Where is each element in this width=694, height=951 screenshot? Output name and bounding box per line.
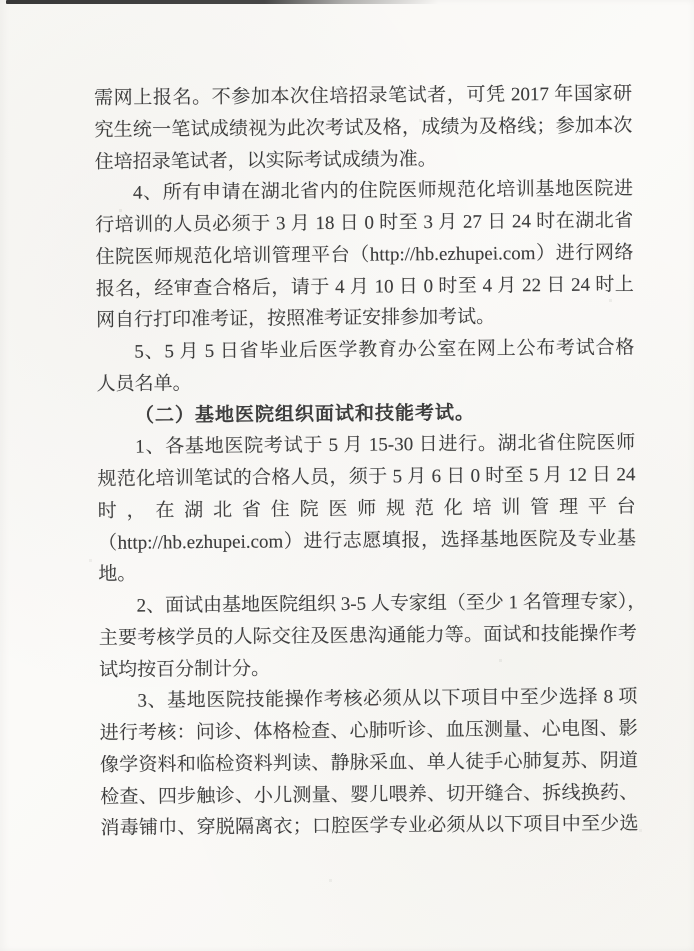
text-line-item-1: 1、各基地医院考试于 5 月 15-30 日进行。湖北省住院医师 — [97, 428, 635, 464]
text-line: 规范化培训笔试的合格人员，须于 5 月 6 日 0 时至 5 月 12 日 24 — [97, 459, 635, 495]
text-line-url: 住院医师规范化培训管理平台（http://hb.ezhupei.com）进行网络 — [95, 237, 633, 273]
scan-noise — [0, 0, 1, 1]
text-line: 消毒铺巾、穿脱隔离衣；口腔医学专业必须从以下项目中至少选 — [100, 809, 638, 845]
text-line: 进行考核：问诊、体格检查、心肺听诊、血压测量、心电图、影 — [100, 713, 638, 749]
text-line: 地。 — [98, 555, 636, 591]
text-line: 时，在湖北省住院医师规范化培训管理平台 — [98, 491, 636, 527]
text-line: 住培招录笔试者，以实际考试成绩为准。 — [95, 142, 633, 178]
text-line: 检查、四步触诊、小儿测量、婴儿喂养、切开缝合、拆线换药、 — [100, 777, 638, 813]
text-line: 究生统一笔试成绩视为此次考试及格，成绩为及格线；参加本次 — [94, 110, 632, 146]
text-line: 试均按百分制计分。 — [99, 650, 637, 686]
scanned-document-page: 需网上报名。不参加本次住培招录笔试者，可凭 2017 年国家研 究生统一笔试成绩… — [0, 0, 694, 951]
text-line: 报名，经审查合格后，请于 4 月 10 日 0 时至 4 月 22 日 24 时… — [96, 269, 634, 305]
text-line: 像学资料和临检资料判读、静脉采血、单人徒手心肺复苏、阴道 — [100, 745, 638, 781]
scanner-edge-artifact — [6, 0, 476, 4]
text-line: 人员名单。 — [96, 364, 634, 400]
text-line: 网自行打印准考证，按照准考证安排参加考试。 — [96, 301, 634, 337]
section-heading: （二）基地医院组织面试和技能考试。 — [97, 396, 635, 432]
text-line-item-3: 3、基地医院技能操作考核必须从以下项目中至少选择 8 项 — [99, 682, 637, 718]
text-line-item-5: 5、5 月 5 日省毕业后医学教育办公室在网上公布考试合格 — [96, 332, 634, 368]
text-line-item-4: 4、所有申请在湖北省内的住院医师规范化培训基地医院进 — [95, 174, 633, 210]
text-line-url: （http://hb.ezhupei.com）进行志愿填报，选择基地医院及专业基 — [98, 523, 636, 559]
text-line: 需网上报名。不参加本次住培招录笔试者，可凭 2017 年国家研 — [94, 78, 632, 114]
text-line-item-2: 2、面试由基地医院组织 3-5 人专家组（至少 1 名管理专家）， — [98, 586, 636, 622]
text-line: 主要考核学员的人际交往及医患沟通能力等。面试和技能操作考 — [99, 618, 637, 654]
document-body: 需网上报名。不参加本次住培招录笔试者，可凭 2017 年国家研 究生统一笔试成绩… — [94, 78, 639, 845]
text-line: 行培训的人员必须于 3 月 18 日 0 时至 3 月 27 日 24 时在湖北… — [95, 205, 633, 241]
